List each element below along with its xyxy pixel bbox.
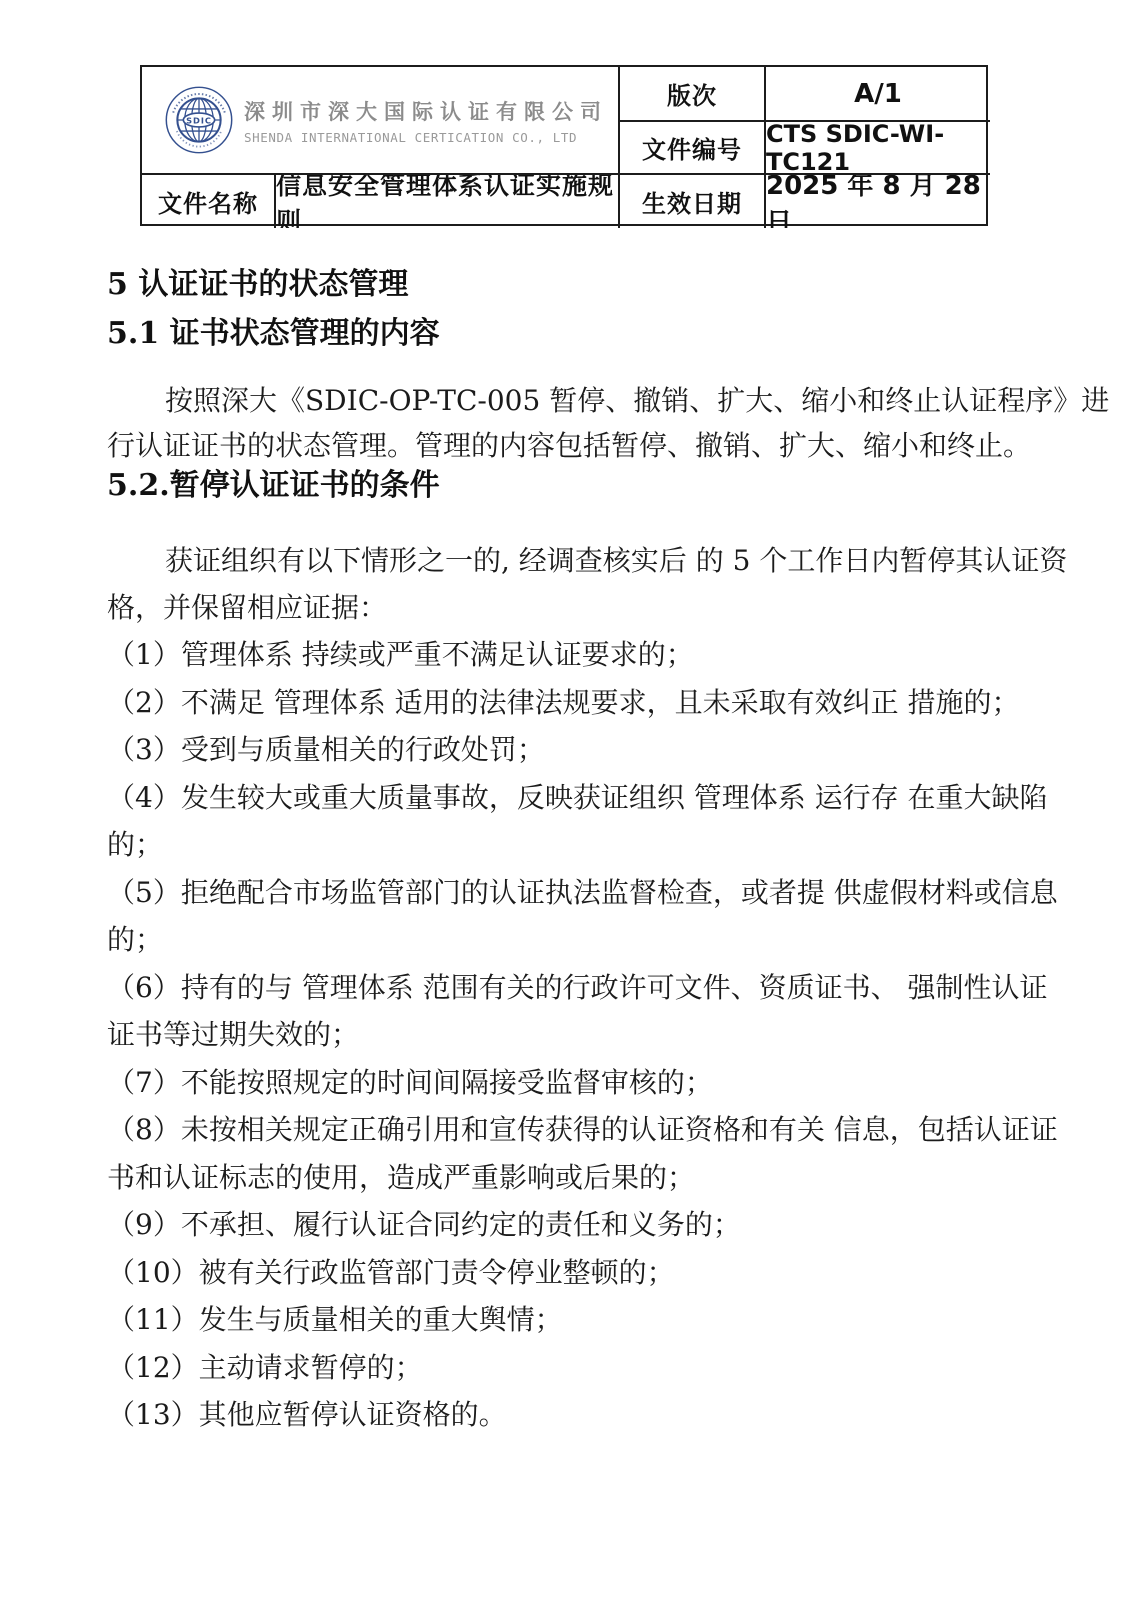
company-name-cn: 深圳市深大国际认证有限公司 [244,96,608,126]
condition-line: （5）拒绝配合市场监管部门的认证执法监督检查，或者提 供虚假材料或信息 [107,869,1047,917]
condition-line: （12）主动请求暂停的； [107,1344,1047,1392]
globe-logo-icon: SDIC [164,85,234,155]
text-line: 按照深大《SDIC-OP-TC-005 暂停、撤销、扩大、缩小和终止认证程序》进 [107,378,1047,423]
version-value-cell: A/1 [764,67,990,120]
effective-date-value-cell: 2025 年 8 月 28 日 [764,173,990,228]
company-header-cell: SDIC 深圳市深大国际认证有限公司 SHENDA INTERNATIONAL … [142,67,618,173]
company-logo: SDIC 深圳市深大国际认证有限公司 SHENDA INTERNATIONAL … [164,85,608,155]
section-5-heading: 5 认证证书的状态管理 [107,267,1047,303]
suspension-condition-list: （1）管理体系 持续或严重不满足认证要求的；（2）不满足 管理体系 适用的法律法… [107,631,1047,1439]
condition-line: （13）其他应暂停认证资格的。 [107,1391,1047,1439]
doc-no-value-cell: CTS SDIC-WI-TC121 [764,120,990,173]
section-5-1-heading: 5.1 证书状态管理的内容 [107,316,1047,352]
effective-date-label-cell: 生效日期 [618,173,764,228]
condition-line: 证书等过期失效的； [107,1011,1047,1059]
company-name-block: 深圳市深大国际认证有限公司 SHENDA INTERNATIONAL CERTI… [244,96,608,145]
condition-line: 书和认证标志的使用，造成严重影响或后果的； [107,1154,1047,1202]
text-line: 获证组织有以下情形之一的, 经调查核实后 的 5 个工作日内暂停其认证资 [107,537,1047,584]
condition-line: （9）不承担、履行认证合同约定的责任和义务的； [107,1201,1047,1249]
company-name-en: SHENDA INTERNATIONAL CERTICATION CO., LT… [244,130,608,145]
version-label-cell: 版次 [618,67,764,120]
condition-line: （11）发生与质量相关的重大舆情； [107,1296,1047,1344]
document-body: 5 认证证书的状态管理 5.1 证书状态管理的内容 按照深大《SDIC-OP-T… [107,267,1047,1439]
condition-line: （4）发生较大或重大质量事故，反映获证组织 管理体系 运行存 在重大缺陷 [107,774,1047,822]
doc-name-label-cell: 文件名称 [142,173,274,228]
condition-line: （2）不满足 管理体系 适用的法律法规要求，且未采取有效纠正 措施的； [107,679,1047,727]
condition-line: （1）管理体系 持续或严重不满足认证要求的； [107,631,1047,679]
header-table: SDIC 深圳市深大国际认证有限公司 SHENDA INTERNATIONAL … [140,65,988,226]
doc-name-value-cell: 信息安全管理体系认证实施规则 [274,173,618,228]
document-page: SDIC 深圳市深大国际认证有限公司 SHENDA INTERNATIONAL … [0,0,1131,1600]
condition-line: （3）受到与质量相关的行政处罚； [107,726,1047,774]
condition-line: 的； [107,916,1047,964]
condition-line: （6）持有的与 管理体系 范围有关的行政许可文件、资质证书、 强制性认证 [107,964,1047,1012]
condition-line: 的； [107,821,1047,869]
doc-no-label-cell: 文件编号 [618,120,764,173]
section-5-2-intro-paragraph: 获证组织有以下情形之一的, 经调查核实后 的 5 个工作日内暂停其认证资格，并保… [107,537,1047,631]
condition-line: （10）被有关行政监管部门责令停业整顿的； [107,1249,1047,1297]
condition-line: （7）不能按照规定的时间间隔接受监督审核的； [107,1059,1047,1107]
logo-text: SDIC [186,116,212,126]
condition-line: （8）未按相关规定正确引用和宣传获得的认证资格和有关 信息，包括认证证 [107,1106,1047,1154]
text-line: 格，并保留相应证据： [107,584,1047,631]
section-5-1-paragraph: 按照深大《SDIC-OP-TC-005 暂停、撤销、扩大、缩小和终止认证程序》进… [107,378,1047,468]
section-5-2-heading: 5.2.暂停认证证书的条件 [107,468,1047,504]
text-line: 行认证证书的状态管理。管理的内容包括暂停、撤销、扩大、缩小和终止。 [107,423,1047,468]
